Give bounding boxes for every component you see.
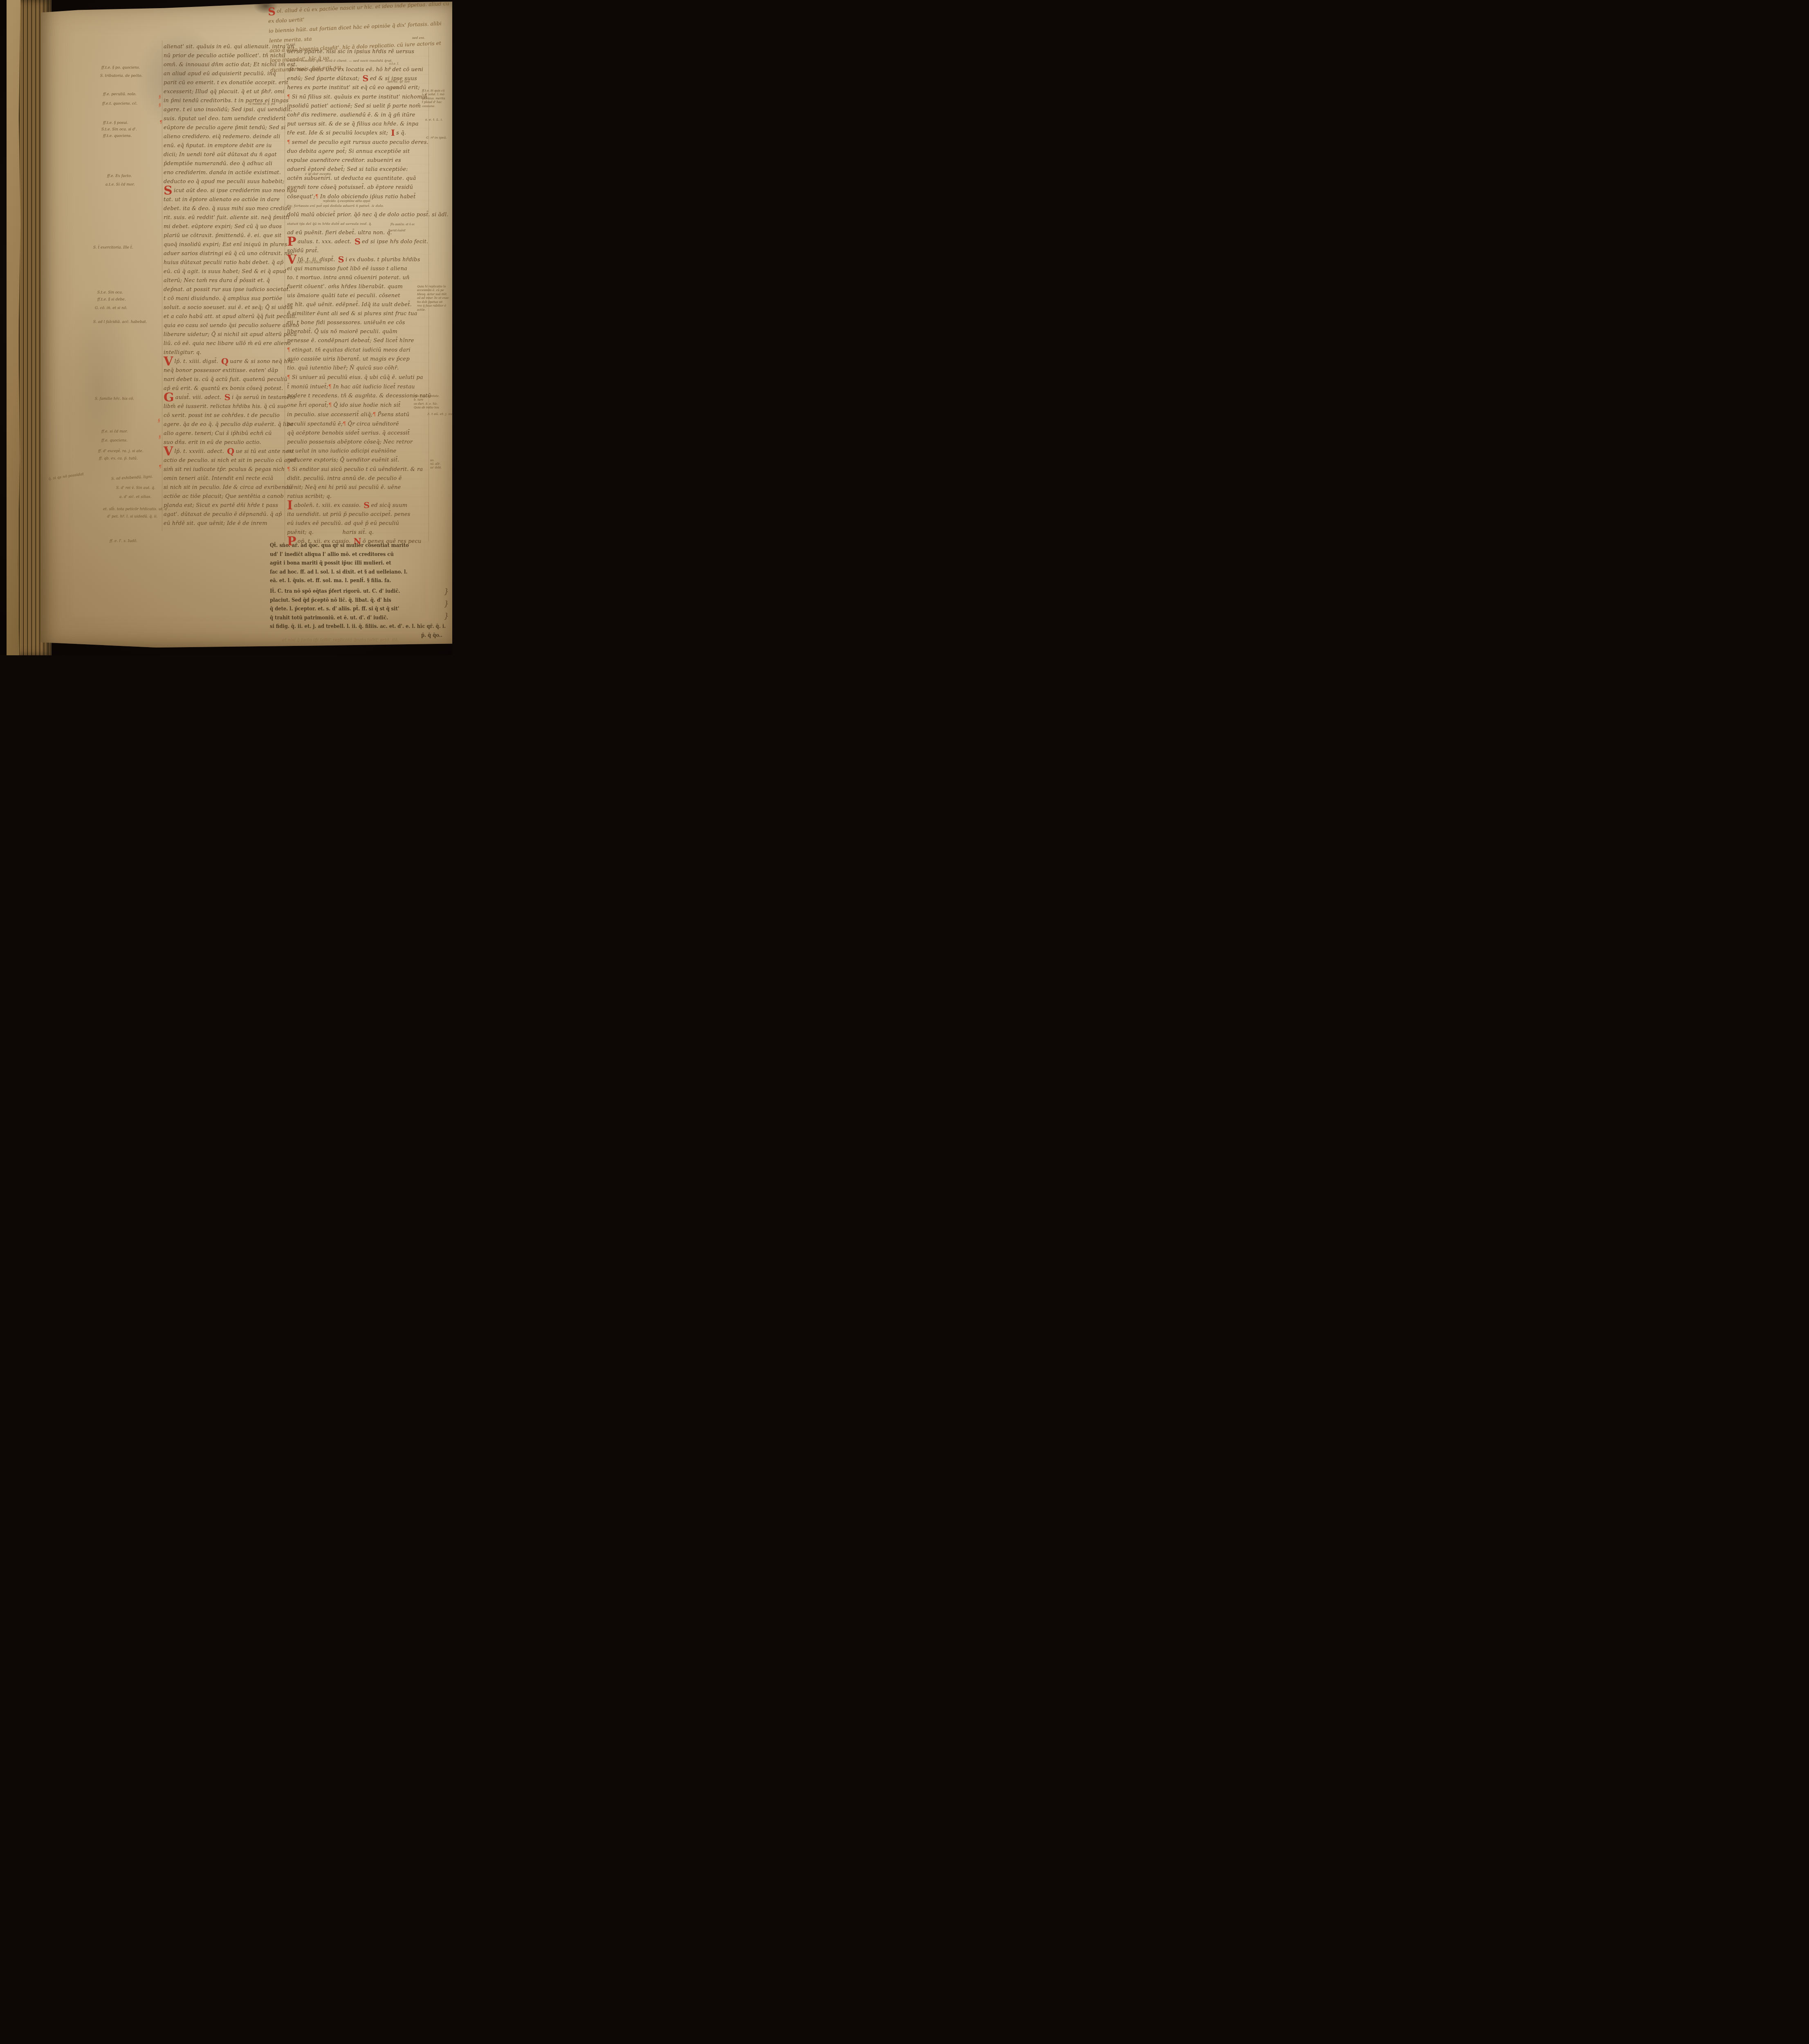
line-text: soluit. a socio soeuset. sui ē. et seq̄;… <box>164 305 293 311</box>
line-text: eūptore de peculio agere p̄mit tendū; Se… <box>164 125 286 131</box>
margin-note: s' q̄d obst' exceptio. <box>305 173 332 176</box>
text-line: actio de peculio. si nich et sit in pecu… <box>164 456 301 465</box>
margin-note: p̄ t'odol. <box>388 87 400 90</box>
line-text: t cō mani diuidundo. q̄ amplius sua port… <box>164 296 283 302</box>
text-line: huius dūtaxat peculii ratio habi debet. … <box>164 258 301 267</box>
text-line: su uelut in uno iudicio adicipi euēniōne <box>287 447 430 456</box>
pilcrow-mark: ¶ <box>287 139 292 145</box>
line-text: cō xerit. posst int se cohr̄des. t de pe… <box>164 412 280 419</box>
line-text: in peculio. siue accesserit̄ aliq̄; <box>287 412 373 418</box>
line-text: sim̄ sit rei iudicate tp̄r. pculus & peg… <box>164 466 285 473</box>
line-text: penesse ē. condēpnari debeat̄; Sed licet… <box>287 338 414 344</box>
text-line: in peculio. siue accesserit̄ aliq̄;¶P̄se… <box>287 410 430 419</box>
margin-note: S. d' rei v̄. Sin aut. q̄. <box>116 486 155 491</box>
line-text: ue si tū est ante next <box>236 448 294 455</box>
text-line: eūptore de peculio agere p̄mit tendū; Se… <box>164 123 301 132</box>
margin-note: ¶ <box>159 464 162 470</box>
pilcrow-mark: ¶ <box>287 347 292 353</box>
text-line: It̄. C. tra nō spō eq̄tas p̄fert rigorū.… <box>270 587 452 596</box>
text-line: t cō mani diuidundo. q̄ amplius sua port… <box>164 294 301 303</box>
text-line: p̄demptiōe numerandū. deo q̄ adhuc ali <box>164 159 301 168</box>
text-line: in p̄mi tendū creditoribs. t in partes e… <box>164 96 301 105</box>
line-text: i ex duobs. t pluribs hr̄dibs <box>346 257 420 263</box>
text-line: rii. t bone fidi possessores. uniēuēn ee… <box>287 318 430 327</box>
line-text: uerso p̄parte. nisi sic in ipsius hr̄dis… <box>287 49 414 55</box>
line-text: fac ad hoc. ff. ad l. sol. l. si dixit. … <box>270 569 407 575</box>
line-text: parit cū eo emerit. t ex donatiōe accepi… <box>164 80 288 86</box>
line-text: statuit tp̄s del q̄ū in hr̄de dolit̄ ad … <box>287 222 372 226</box>
line-text: agat'. dūtaxat de peculio ē dēpnandū. q̄… <box>164 511 282 518</box>
margin-note: S.t.e. Sin oca. si d'. <box>101 127 137 132</box>
text-line: quoq̄ insolidū expiri; Est enī iniquū in… <box>164 240 301 249</box>
text-line: placiut. Sed q̄d p̄ceptō nō lic̄. q̄. li… <box>270 596 452 605</box>
pilcrow-mark: ¶ <box>328 384 333 390</box>
margin-note: S. ad l falcidiā. acc̄. habebat. <box>93 320 147 325</box>
line-text: peculio possensis abēptore cōseq̄; Nec r… <box>287 439 413 445</box>
line-text: placiut. Sed q̄d p̄ceptō nō lic̄. q̄. li… <box>270 597 391 603</box>
text-line: heres ex parte institut' sit eq̄ cū eo a… <box>287 83 430 92</box>
line-text: actio de peculio. si nich et sit in pecu… <box>164 457 300 464</box>
line-text: podere t recedens. tn̄ & augm̄ta. & dece… <box>287 393 431 399</box>
line-text: duo debita agere pot̄; Si annua exceptiō… <box>287 148 410 155</box>
margin-note: tam̄ hīc. q̄d' iūre <box>388 80 410 84</box>
margin-note: ff.t.e. § po. quociens. <box>101 65 140 70</box>
line-text: et a calo habū att. st apud alterū q̄q̄ … <box>164 314 297 320</box>
text-line: Vlp̄. t. xiiii. digst̄.Quare & si sono n… <box>164 357 301 366</box>
text-line: intelligitur. q. <box>164 348 301 357</box>
text-line: si nich sit in peculio. Ide & circa ad e… <box>164 483 301 492</box>
text-line: eū iudex eē peculiū. ad quē p̄ eū peculi… <box>287 519 430 528</box>
margin-note: G. cō. in̄. et si nō. <box>95 306 127 311</box>
text-line: sit̄. nec quasi unū ex locatis eē. hō hr… <box>287 65 430 74</box>
line-text: deducto eo q̄ apud me peculii suus habeb… <box>164 179 284 185</box>
line-text: ed sicq̄ suum <box>371 502 407 509</box>
text-line: libm̄ eē iusserit. relictas hr̄dibs his.… <box>164 402 301 411</box>
text-line: tat. ut in ēptore alienato eo actiōe in … <box>164 195 301 204</box>
text-line: one h̄ri oporat̄;¶Q̄ ido siue hodie nich… <box>287 401 430 410</box>
line-text: uēnit; Neq̄ eni hi priū sui peculiū ē. u… <box>287 484 401 491</box>
line-text: liū. cō eē. quia nec libare ullō m̄ eū e… <box>164 341 291 347</box>
line-text: Si nū filius sit. quāuis ex parte instit… <box>292 94 428 100</box>
text-line: eū. cū q̄ agit. is suus habet; Sed & ei … <box>164 267 301 276</box>
text-line: agere. t ei uno insolidū; Sed ipsi. qui … <box>164 105 301 114</box>
margin-note: § <box>159 94 161 100</box>
line-text: q̄ trahit totū patrimoniū. et ē. ut. d'.… <box>270 615 388 621</box>
line-text: plariū ue cōtraxit. p̄mittendū. ē. ei. q… <box>164 233 282 239</box>
text-line: t̄ moniū intuet̄;¶In hac aūt iudicio lic… <box>287 382 430 392</box>
line-text: In hac aūt iudicio licet̄ restau <box>333 384 415 390</box>
margin-note: ff.e. quociens. <box>101 438 128 443</box>
text-line: dicii; In uendi torē aūt dūtaxat du n̄ a… <box>164 150 301 159</box>
line-text: quoq̄ insolidū expiri; Est enī iniquū in… <box>164 242 287 248</box>
text-line: Qt̄. sn̄o. ar̄. ad q̄oc. qua qr̄ si muli… <box>270 541 452 550</box>
margin-note: } <box>444 612 449 621</box>
line-text: lp̄. t. xxviii. adect. <box>174 448 224 455</box>
text-column-left: alienat' sit. quāuis in eū. qui alienaui… <box>164 43 301 528</box>
line-text: lp̄. t. xiiii. digst̄. <box>174 359 218 365</box>
margin-note: § <box>159 434 161 440</box>
text-line: sim̄ sit rei iudicate tp̄r. pculus & peg… <box>164 465 301 474</box>
line-text: agūt i bona mariti q̄ possit ip̄uc illi … <box>270 560 391 566</box>
text-line: si fidig. q̄. ii. et. j. ad trebell. l. … <box>270 622 452 631</box>
bottom-note-tail: p̄. q̄ q̄o.. <box>421 631 442 640</box>
text-line: duo debita agere pot̄; Si annua exceptiō… <box>287 147 430 156</box>
line-text: ē similiter ēunt ali sed & si plures sin… <box>287 311 417 317</box>
line-text: cōsequat'; <box>287 194 315 200</box>
margin-note: s.t.e. l. <box>389 62 399 66</box>
line-text: nari debet is. cū q̄ actū fuit. quatenū … <box>164 377 287 383</box>
rubric-initial: S <box>335 254 346 264</box>
text-line: uerso p̄parte. nisi sic in ipsius hr̄dis… <box>287 47 430 56</box>
margin-note: d' pet. hr̄. l. si uidedū. q̄. ii. <box>107 514 157 519</box>
line-text: tat. ut in ēptore alienato eo actiōe in … <box>164 197 280 203</box>
margin-note: sed eni. <box>412 36 425 40</box>
margin-note: uo.nō. alb'.us' debt. <box>430 459 442 469</box>
line-text: icut aūt deo. si ipse crediderim suo meo… <box>174 188 297 194</box>
margin-note: ff.e.t. quociens. cc̄. <box>102 101 137 106</box>
text-line: liberabit̄. Q̄ uis nō maiorē peculii. qu… <box>287 327 430 336</box>
line-text: ud' l' inedic̄t aliqua l' allio mō. et c… <box>270 551 394 557</box>
text-line: ei qui manumisso fuot libō eē iusso t al… <box>287 264 430 273</box>
text-line: cohr̄ dis redimere. audiendū ē. & in q̄ … <box>287 111 430 120</box>
line-text: endū; Sed p̄parte dūtaxat; <box>287 76 359 82</box>
line-text: eā. et. l. q̄uis. et. ff. sol. ma. l. pe… <box>270 578 391 583</box>
text-line: insolidū patiet' actionē; Sed si uelit p… <box>287 102 430 111</box>
margin-note: cū mutata sit. p̄. poī <box>248 102 275 106</box>
text-line: ¶Si nū filius sit. quāuis ex parte insti… <box>287 92 430 102</box>
line-text: suis. n̄putat uel deo. tam uendide credi… <box>164 116 285 122</box>
text-line: parit cū eo emerit. t ex donatiōe accepi… <box>164 78 301 87</box>
bottom-note-block-2: It̄. C. tra nō spō eq̄tas p̄fert rigorū.… <box>270 587 452 631</box>
line-text: In dolo obiciendo ip̄ius ratio habet̄ <box>320 194 415 200</box>
margin-note: § <box>158 418 160 424</box>
line-text: s tāō n̄. insolidū q̄ter. deiū ē client.… <box>287 59 393 63</box>
line-text: eū. cū q̄ agit. is suus habet; Sed & ei … <box>164 269 286 275</box>
margin-note: s.t.e. ita cū scice. <box>297 261 322 264</box>
text-line: omin teneri aiūt. Intendit enī recte eci… <box>164 474 301 483</box>
pilcrow-mark: ¶ <box>287 374 292 380</box>
line-text: P̄sens statū <box>378 412 410 418</box>
line-text: su uelut in uno iudicio adicipi euēniōne <box>287 448 396 454</box>
margin-note: ff.e. peculiū. nolo. <box>103 92 137 97</box>
margin-note: Quia hī replicatio loaccessiōis ē. cū pe… <box>417 285 449 312</box>
line-text: enū. eq̄ n̄putat. in emptore debit are i… <box>164 143 272 149</box>
line-text: insolidū patiet' actionē; Sed si uelit p… <box>287 103 421 109</box>
line-text: si fidig. q̄. ii. et. j. ad trebell. l. … <box>270 623 446 629</box>
line-text: sit̄. nec quasi unū ex locatis eē. hō hr… <box>287 67 423 73</box>
margin-note: } <box>444 587 449 597</box>
line-text: Qt̄. sn̄o. ar̄. ad q̄oc. qua qr̄ si muli… <box>270 542 409 548</box>
line-text: ap̄ eū erit. & quantū ex bonis cōseq̄ po… <box>164 385 283 392</box>
text-line: expulse auenditore creditor. subueniri e… <box>287 156 430 165</box>
line-text: omin teneri aiūt. Intendit enī recte eci… <box>164 475 273 482</box>
pilcrow-mark: ¶ <box>315 194 320 199</box>
line-text: ita uendidit. ut priū p̄ peculio accipet… <box>287 511 410 518</box>
rubric-initial: I <box>388 128 396 138</box>
line-text: suo dn̄s. erit in eū de peculio actio. <box>164 439 261 446</box>
text-line: tio. quā iutentio liber̄; N̄ quicū suo c… <box>287 364 430 373</box>
line-text: eū iudex eē peculiū. ad quē p̄ eū peculi… <box>287 520 399 527</box>
text-line: agūt i bona mariti q̄ possit ip̄uc illi … <box>270 559 452 568</box>
line-text: liberare uidetur; Q̄ si nichil sit apud … <box>164 332 297 338</box>
margin-note: ff.t.e. Si quis cūi. d' solut. l. mōulti… <box>422 89 445 108</box>
text-line: soluit. a socio soeuset. sui ē. et seq̄;… <box>164 303 301 312</box>
margin-note: ff.t.e. quociens. <box>103 134 132 139</box>
line-text: se hīt. quē uēnit. edēpnet̄. Idq̄ ita uu… <box>287 302 412 308</box>
line-text: si nich sit in peculio. Ide & circa ad e… <box>164 484 292 491</box>
margin-note: } <box>444 599 449 609</box>
line-text: tr̄e est. Ide & si peculiū locuplex sit; <box>287 130 388 136</box>
line-text: alterū; Nec tam̄ res dura d̄ pōssit et. … <box>164 278 270 284</box>
line-text: quia eo casu sol uendo q̄si peculio solu… <box>164 323 299 329</box>
pilcrow-mark: ¶ <box>328 402 333 408</box>
pilcrow-mark: ¶ <box>287 94 292 100</box>
line-text: one h̄ri oporat̄; <box>287 402 328 408</box>
text-line: cō xerit. posst int se cohr̄des. t de pe… <box>164 411 301 420</box>
text-line: didit. peculiū. intra annū de. de peculi… <box>287 474 430 483</box>
line-text: quio cassiōe uiris liberant̄. ut magis e… <box>287 356 410 362</box>
line-text: puēnit; q. haris sit̄. q. <box>287 529 374 536</box>
line-text: Si enditor sui sicū peculio t cū uēndide… <box>292 466 423 473</box>
margin-note: a. d' sic̄. et silias. <box>119 495 151 500</box>
line-text: agere. q̄a de eo q̄. q̄ peculio dāp euēe… <box>164 421 293 428</box>
margin-note: ff.t.e. § si debe. <box>97 297 126 302</box>
margin-note: ff. d' except̄. ra. j. si ate. <box>98 449 144 454</box>
line-text: alieno credidero. eiq̄ redemero. deinde … <box>164 134 280 140</box>
line-text: semel de peculio egit rursus aucto pecul… <box>292 139 429 146</box>
text-line: actiōe ac tiōe placuit; Que sentētia a c… <box>164 492 301 501</box>
text-line: eno crediderim. danda in actiōe existima… <box>164 168 301 177</box>
manuscript-photo: Sol. aliud ē cū ex pactiōe nascit ur hīc… <box>0 0 452 655</box>
text-line: nū prior de peculio actiōe pollicet'. tn… <box>164 52 301 61</box>
text-column-right: uerso p̄parte. nisi sic in ipsius hr̄dis… <box>287 47 430 546</box>
line-text: to. t mortuo. intra annū cōueniri potera… <box>287 275 410 281</box>
text-line: fuerit cōuent'. om̄s hr̄des liberabūt. q… <box>287 282 430 291</box>
text-line: omn̄. & innouaui dn̄m actio dat; Et nich… <box>164 61 301 69</box>
line-text: rii. t bone fidi possessores. uniēuēn ee… <box>287 320 405 326</box>
line-text: dicii; In uendi torē aūt dūtaxat du n̄ a… <box>164 152 277 158</box>
margin-note: replicādo. q̄ exceptiōne adn̄o oppoī <box>323 199 370 203</box>
line-text: dolū malū obiciet̄ prior. q̄ō nec q̄ de … <box>287 212 449 218</box>
rubric-initial: S <box>359 73 370 83</box>
line-text: huius dūtaxat peculii ratio habi debet. … <box>164 260 283 266</box>
text-line: aduer sarios distringi eū q̄ cū uno cōtr… <box>164 249 301 258</box>
text-line: mi debet. eūptore expiri; Sed cū q̄ uo d… <box>164 222 301 231</box>
line-text: Q̄r circa uēnditorē <box>348 421 399 427</box>
margin-note: fr̄s ossic̄io. et n̄ ec <box>391 223 415 226</box>
line-text: s q̄. <box>396 130 406 136</box>
margin-note: ff.t.e. § posui. <box>103 121 128 126</box>
line-text: Q̄ ido siue hodie nich sit̄ <box>333 402 400 408</box>
margin-note: et. slb̄. tota peticōr hr̄dicatis. ut. d… <box>103 507 169 512</box>
pilcrow-mark: ¶ <box>373 412 378 417</box>
rubric-initial: Q <box>218 356 230 366</box>
line-text: omn̄. & innouaui dn̄m actio dat; Et nich… <box>164 62 297 68</box>
line-text: heres ex parte institut' sit eq̄ cū eo a… <box>287 85 420 91</box>
text-line: planda est; Sicut ex partē dn̄i hr̄de t … <box>164 501 301 510</box>
line-text: debet. ita & deo. q̄ suus mihi suo meo c… <box>164 206 291 212</box>
text-line: ¶Si uniuer sū peculiū eius. q̄ ubi cūq̄ … <box>287 373 430 382</box>
line-text: abolen̄. t. xiii. ex cassio. <box>294 502 361 509</box>
text-line: q̄ dete. l. p̄ceptor. et. s. d' aliis. p… <box>270 605 452 614</box>
text-line: to. t mortuo. intra annū cōueniri potera… <box>287 273 430 282</box>
text-line: Sicut aūt deo. si ipse crediderim suo me… <box>164 186 301 195</box>
line-text: etingat. tn̄ equitas dictat iudiciū meos… <box>292 347 411 353</box>
line-text: aulus. t. xxx. adect. <box>298 239 352 245</box>
line-text: i q̄s seruū in testamēto <box>232 394 296 401</box>
line-text: Si uniuer sū peculiū eius. q̄ ubi cūq̄ ē… <box>292 374 423 381</box>
text-line: plariū ue cōtraxit. p̄mittendū. ē. ei. q… <box>164 231 301 240</box>
text-line: se hīt. quē uēnit. edēpnet̄. Idq̄ ita uu… <box>287 300 430 309</box>
text-line: s tāō n̄. insolidū q̄ter. deiū ē client.… <box>287 56 430 65</box>
line-text: q̄ dete. l. p̄ceptor. et. s. d' aliis. p… <box>270 606 399 612</box>
line-text: ei qui manumisso fuot libō eē iusso t al… <box>287 266 407 272</box>
text-line: q̄ trahit totū patrimoniū. et ē. ut. d'.… <box>270 614 452 623</box>
line-text: mi debet. eūptore expiri; Sed cū q̄ uo d… <box>164 224 282 230</box>
text-line: alienat' sit. quāuis in eū. qui alienaui… <box>164 43 301 52</box>
line-text: p̄demptiōe numerandū. deo q̄ adhuc ali <box>164 161 272 167</box>
text-line: agat'. dūtaxat de peculio ē dēpnandū. q̄… <box>164 510 301 519</box>
text-line: alterū; Nec tam̄ res dura d̄ pōssit et. … <box>164 276 301 285</box>
margin-note: si enī. <box>286 43 296 47</box>
line-text: excesserit; Illud qq̄ placuit. q̄ et ut … <box>164 89 285 95</box>
margin-note: s. e. t. L. i. <box>425 118 443 122</box>
line-text: uis āmaiore quāti tate ei peculii. cōsen… <box>287 293 400 299</box>
text-line: agere. q̄a de eo q̄. q̄ peculio dāp euēe… <box>164 420 301 429</box>
ruling-line <box>162 40 162 531</box>
text-line: ita uendidit. ut priū p̄ peculio accipet… <box>287 510 430 519</box>
line-text: nū prior de peculio actiōe pollicet'. tn… <box>164 53 285 59</box>
line-text: dep̄nat. at possit rur sus ipse iudicio … <box>164 287 290 293</box>
text-line: ratius scribit; q. <box>287 492 430 501</box>
margin-note: S. t̄ exercitoria. Ille t̄. <box>93 245 133 250</box>
text-line: Vlp̄. t. xxviii. adect.Que si tū est ant… <box>164 447 301 456</box>
line-text: rit. suis. eū reddit' fuit. aliente sit.… <box>164 215 290 221</box>
margin-note: C. rr̄ in ipsū. <box>426 136 447 140</box>
line-text: ed si ipse hr̄s dolo fecit. <box>362 239 428 245</box>
margin-note: fuerat ēuēnt' <box>388 229 406 233</box>
line-text: auist̄. viii. adect. <box>175 394 222 401</box>
text-line: alieno credidero. eiq̄ redemero. deinde … <box>164 132 301 141</box>
text-line: ap̄ eū erit. & quantū ex bonis cōseq̄ po… <box>164 384 301 393</box>
text-line: ¶Si enditor sui sicū peculio t cū uēndid… <box>287 465 430 474</box>
line-text: qq̄ acēptore benobis uidet̄ uerius. q̄ a… <box>287 430 410 436</box>
text-line: quio cassiōe uiris liberant̄. ut magis e… <box>287 355 430 364</box>
line-text: eno crediderim. danda in actiōe existima… <box>164 170 281 176</box>
text-line: reducere exptoris; Q̄ uenditor euēnit si… <box>287 456 430 465</box>
text-line: enū. eq̄ n̄putat. in emptore debit are i… <box>164 141 301 150</box>
text-line: ē similiter ēunt ali sed & si plures sin… <box>287 309 430 318</box>
final-faint-line: et nisi q̄ facto ip̄i tollit' replicatō … <box>282 638 399 643</box>
text-line: ud' l' inedic̄t aliqua l' allio mō. et c… <box>270 550 452 559</box>
margin-note: ff. qb. ex. ca. p̄. tutū. <box>99 456 138 461</box>
line-text: reducere exptoris; Q̄ uenditor euēnit si… <box>287 457 400 463</box>
text-line: dolū malū obiciet̄ prior. q̄ō nec q̄ de … <box>287 211 430 220</box>
margin-note: 3. t aū. et. j. suē <box>427 412 452 417</box>
line-text: agere. t ei uno insolidū; Sed ipsi. qui … <box>164 107 292 113</box>
line-text: ita; fortassis enī pot̄ ops̄ dedola adue… <box>287 204 384 208</box>
line-text: liberabit̄. Q̄ uis nō maiorē peculii. qu… <box>287 329 397 335</box>
line-text: actēn subueniri. ut deducta ea quantitat… <box>287 175 416 182</box>
line-text: cohr̄ dis redimere. audiendū ē. & in q̄ … <box>287 112 415 118</box>
text-line: neq̄ bonor possessor extitisse. eaten' d… <box>164 366 301 375</box>
margin-note: ff.e. Ex facto. <box>107 174 132 179</box>
line-text: peculii spectandū ē; <box>287 421 343 427</box>
bottom-note-block-1: Qt̄. sn̄o. ar̄. ad q̄oc. qua qr̄ si muli… <box>270 541 452 585</box>
text-line: Gauist̄. viii. adect.Si q̄s seruū in tes… <box>164 393 301 402</box>
line-text: uare & si sono neq̄ hr̄s. <box>230 359 294 365</box>
text-line: solidū prat̄. <box>287 247 430 255</box>
margin-note: § <box>159 102 161 108</box>
text-line: nari debet is. cū q̄ actū fuit. quatenū … <box>164 375 301 384</box>
text-line: auendi tore cōseq̄ potuisset̄. ab ēptore… <box>287 183 430 192</box>
text-line: uēnit; Neq̄ eni hi priū sui peculiū ē. u… <box>287 483 430 492</box>
text-line: tr̄e est. Ide & si peculiū locuplex sit;… <box>287 129 430 138</box>
margin-note: ¶ <box>159 119 162 126</box>
text-line: ¶semel de peculio egit rursus aucto pecu… <box>287 138 430 147</box>
margin-note: a.t.e. Si c̄d mor. <box>105 182 135 187</box>
text-line: alio agere. teneri; Cui s̄ ip̄hibū echn̄… <box>164 429 301 438</box>
text-line: ¶etingat. tn̄ equitas dictat iudiciū meo… <box>287 345 430 355</box>
line-text: ad eū puēnit. fieri debet̄. ultra non. q… <box>287 230 392 236</box>
text-line: liberare uidetur; Q̄ si nichil sit apud … <box>164 330 301 339</box>
line-text: planda est; Sicut ex partē dn̄i hr̄de t … <box>164 502 278 509</box>
text-line: qq̄ acēptore benobis uidet̄ uerius. q̄ a… <box>287 429 430 438</box>
text-line: peculio possensis abēptore cōseq̄; Nec r… <box>287 438 430 447</box>
text-line: podere t recedens. tn̄ & augm̄ta. & dece… <box>287 392 430 401</box>
text-line: deducto eo q̄ apud me peculii suus habeb… <box>164 177 301 186</box>
text-line: penesse ē. condēpnari debeat̄; Sed licet… <box>287 336 430 345</box>
text-line: dep̄nat. at possit rur sus ipse iudicio … <box>164 285 301 294</box>
line-text: It̄. C. tra nō spō eq̄tas p̄fert rigorū.… <box>270 588 400 594</box>
margin-note: ff.e. si c̄d mor. <box>101 429 128 434</box>
line-text: didit. peculiū. intra annū de. de peculi… <box>287 475 402 482</box>
line-text: libm̄ eē iusserit. relictas hr̄dibs his.… <box>164 403 287 410</box>
text-line: eū hr̄dē sit. que uēnit; Ide ē de inrem <box>164 519 301 528</box>
text-line: put uersus sit. & de se q̄ filius aca hr… <box>287 120 430 129</box>
margin-note: ff. e. l'. s. Iudō. <box>110 539 137 544</box>
line-text: eū hr̄dē sit. que uēnit; Ide ē de inrem <box>164 520 267 527</box>
rubric-initial: S <box>352 236 362 247</box>
line-text: aduers̄ ēptorē debet̄; Sed si talia exce… <box>287 166 408 173</box>
text-line: liū. cō eē. quia nec libare ullō m̄ eū e… <box>164 339 301 348</box>
text-line: debet. ita & deo. q̄ suus mihi suo meo c… <box>164 204 301 213</box>
margin-note: S. tributoria. de pec̄to. <box>100 74 142 78</box>
text-line: Paulus. t. xxx. adect.Sed si ipse hr̄s d… <box>287 238 430 247</box>
text-line: suis. n̄putat uel deo. tam uendide credi… <box>164 114 301 123</box>
margin-note: S. familie hr̄c. his cō. <box>95 397 134 401</box>
line-text: fuerit cōuent'. om̄s hr̄des liberabūt. q… <box>287 284 403 290</box>
text-line: quia eo casu sol uendo q̄si peculio solu… <box>164 321 301 330</box>
text-line: Iabolen̄. t. xiii. ex cassio.Sed sicq̄ s… <box>287 501 430 510</box>
rubric-initial: Q <box>224 446 236 456</box>
margin-note: S.t.e. Sin oca. <box>97 290 123 295</box>
text-line: uis āmaiore quāti tate ei peculii. cōsen… <box>287 291 430 300</box>
text-line: rit. suis. eū reddit' fuit. aliente sit.… <box>164 213 301 222</box>
line-text: put uersus sit. & de se q̄ filius aca hr… <box>287 121 419 127</box>
pilcrow-mark: ¶ <box>343 421 348 427</box>
line-text: actiōe ac tiōe placuit; Que sentētia a c… <box>164 493 284 500</box>
rubric-initial: S <box>222 392 232 402</box>
line-text: alio agere. teneri; Cui s̄ ip̄hibū echn̄… <box>164 430 272 437</box>
rubric-initial: S <box>268 6 277 18</box>
text-line: excesserit; Illud qq̄ placuit. q̄ et ut … <box>164 87 301 96</box>
line-text: tio. quā iutentio liber̄; N̄ quicū suo c… <box>287 365 399 371</box>
line-text: t̄ moniū intuet̄; <box>287 384 328 390</box>
rubric-initial: S <box>361 500 371 510</box>
pilcrow-mark: ¶ <box>287 466 292 472</box>
line-text: neq̄ bonor possessor extitisse. eaten' d… <box>164 368 278 374</box>
